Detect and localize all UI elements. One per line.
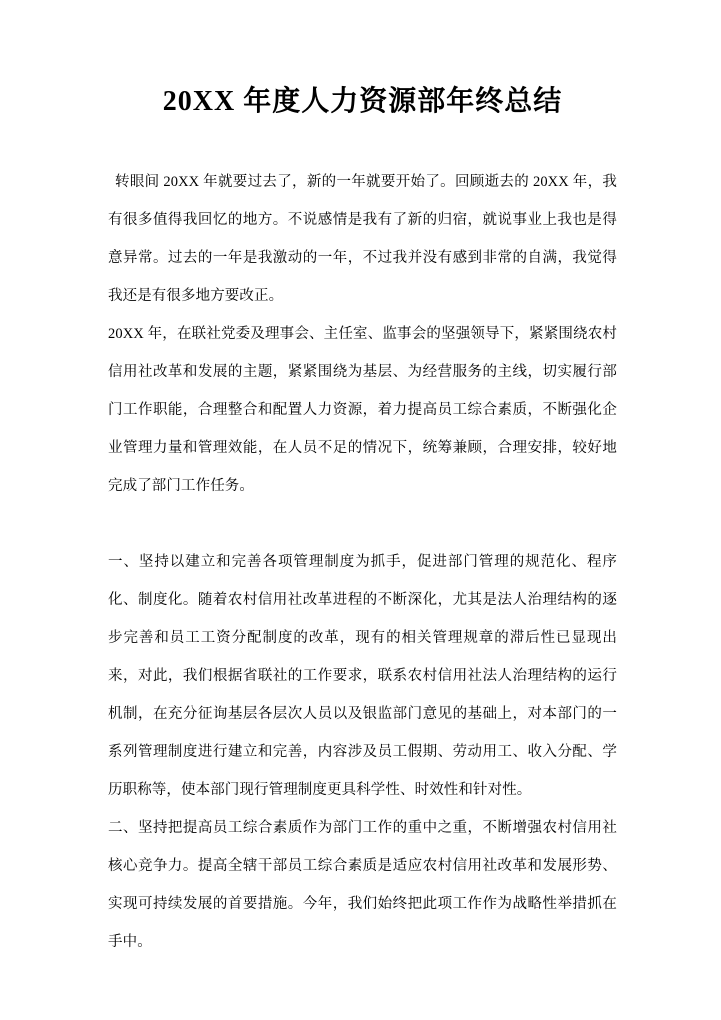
- document-title: 20XX 年度人力资源部年终总结: [108, 86, 617, 118]
- document-body: 转眼间 20XX 年就要过去了，新的一年就要开始了。回顾逝去的 20XX 年，我…: [108, 163, 617, 961]
- paragraph-section-1: 一、坚持以建立和完善各项管理制度为抓手，促进部门管理的规范化、程序化、制度化。随…: [108, 543, 617, 809]
- paragraph-intro: 转眼间 20XX 年就要过去了，新的一年就要开始了。回顾逝去的 20XX 年，我…: [108, 163, 617, 315]
- document-page: 20XX 年度人力资源部年终总结 转眼间 20XX 年就要过去了，新的一年就要开…: [0, 0, 721, 1020]
- paragraph-section-2: 二、坚持把提高员工综合素质作为部门工作的重中之重，不断增强农村信用社核心竞争力。…: [108, 809, 617, 961]
- paragraph-overview: 20XX 年，在联社党委及理事会、主任室、监事会的坚强领导下，紧紧围绕农村信用社…: [108, 315, 617, 505]
- document-content: 20XX 年度人力资源部年终总结 转眼间 20XX 年就要过去了，新的一年就要开…: [0, 0, 721, 961]
- blank-paragraph: [108, 505, 617, 543]
